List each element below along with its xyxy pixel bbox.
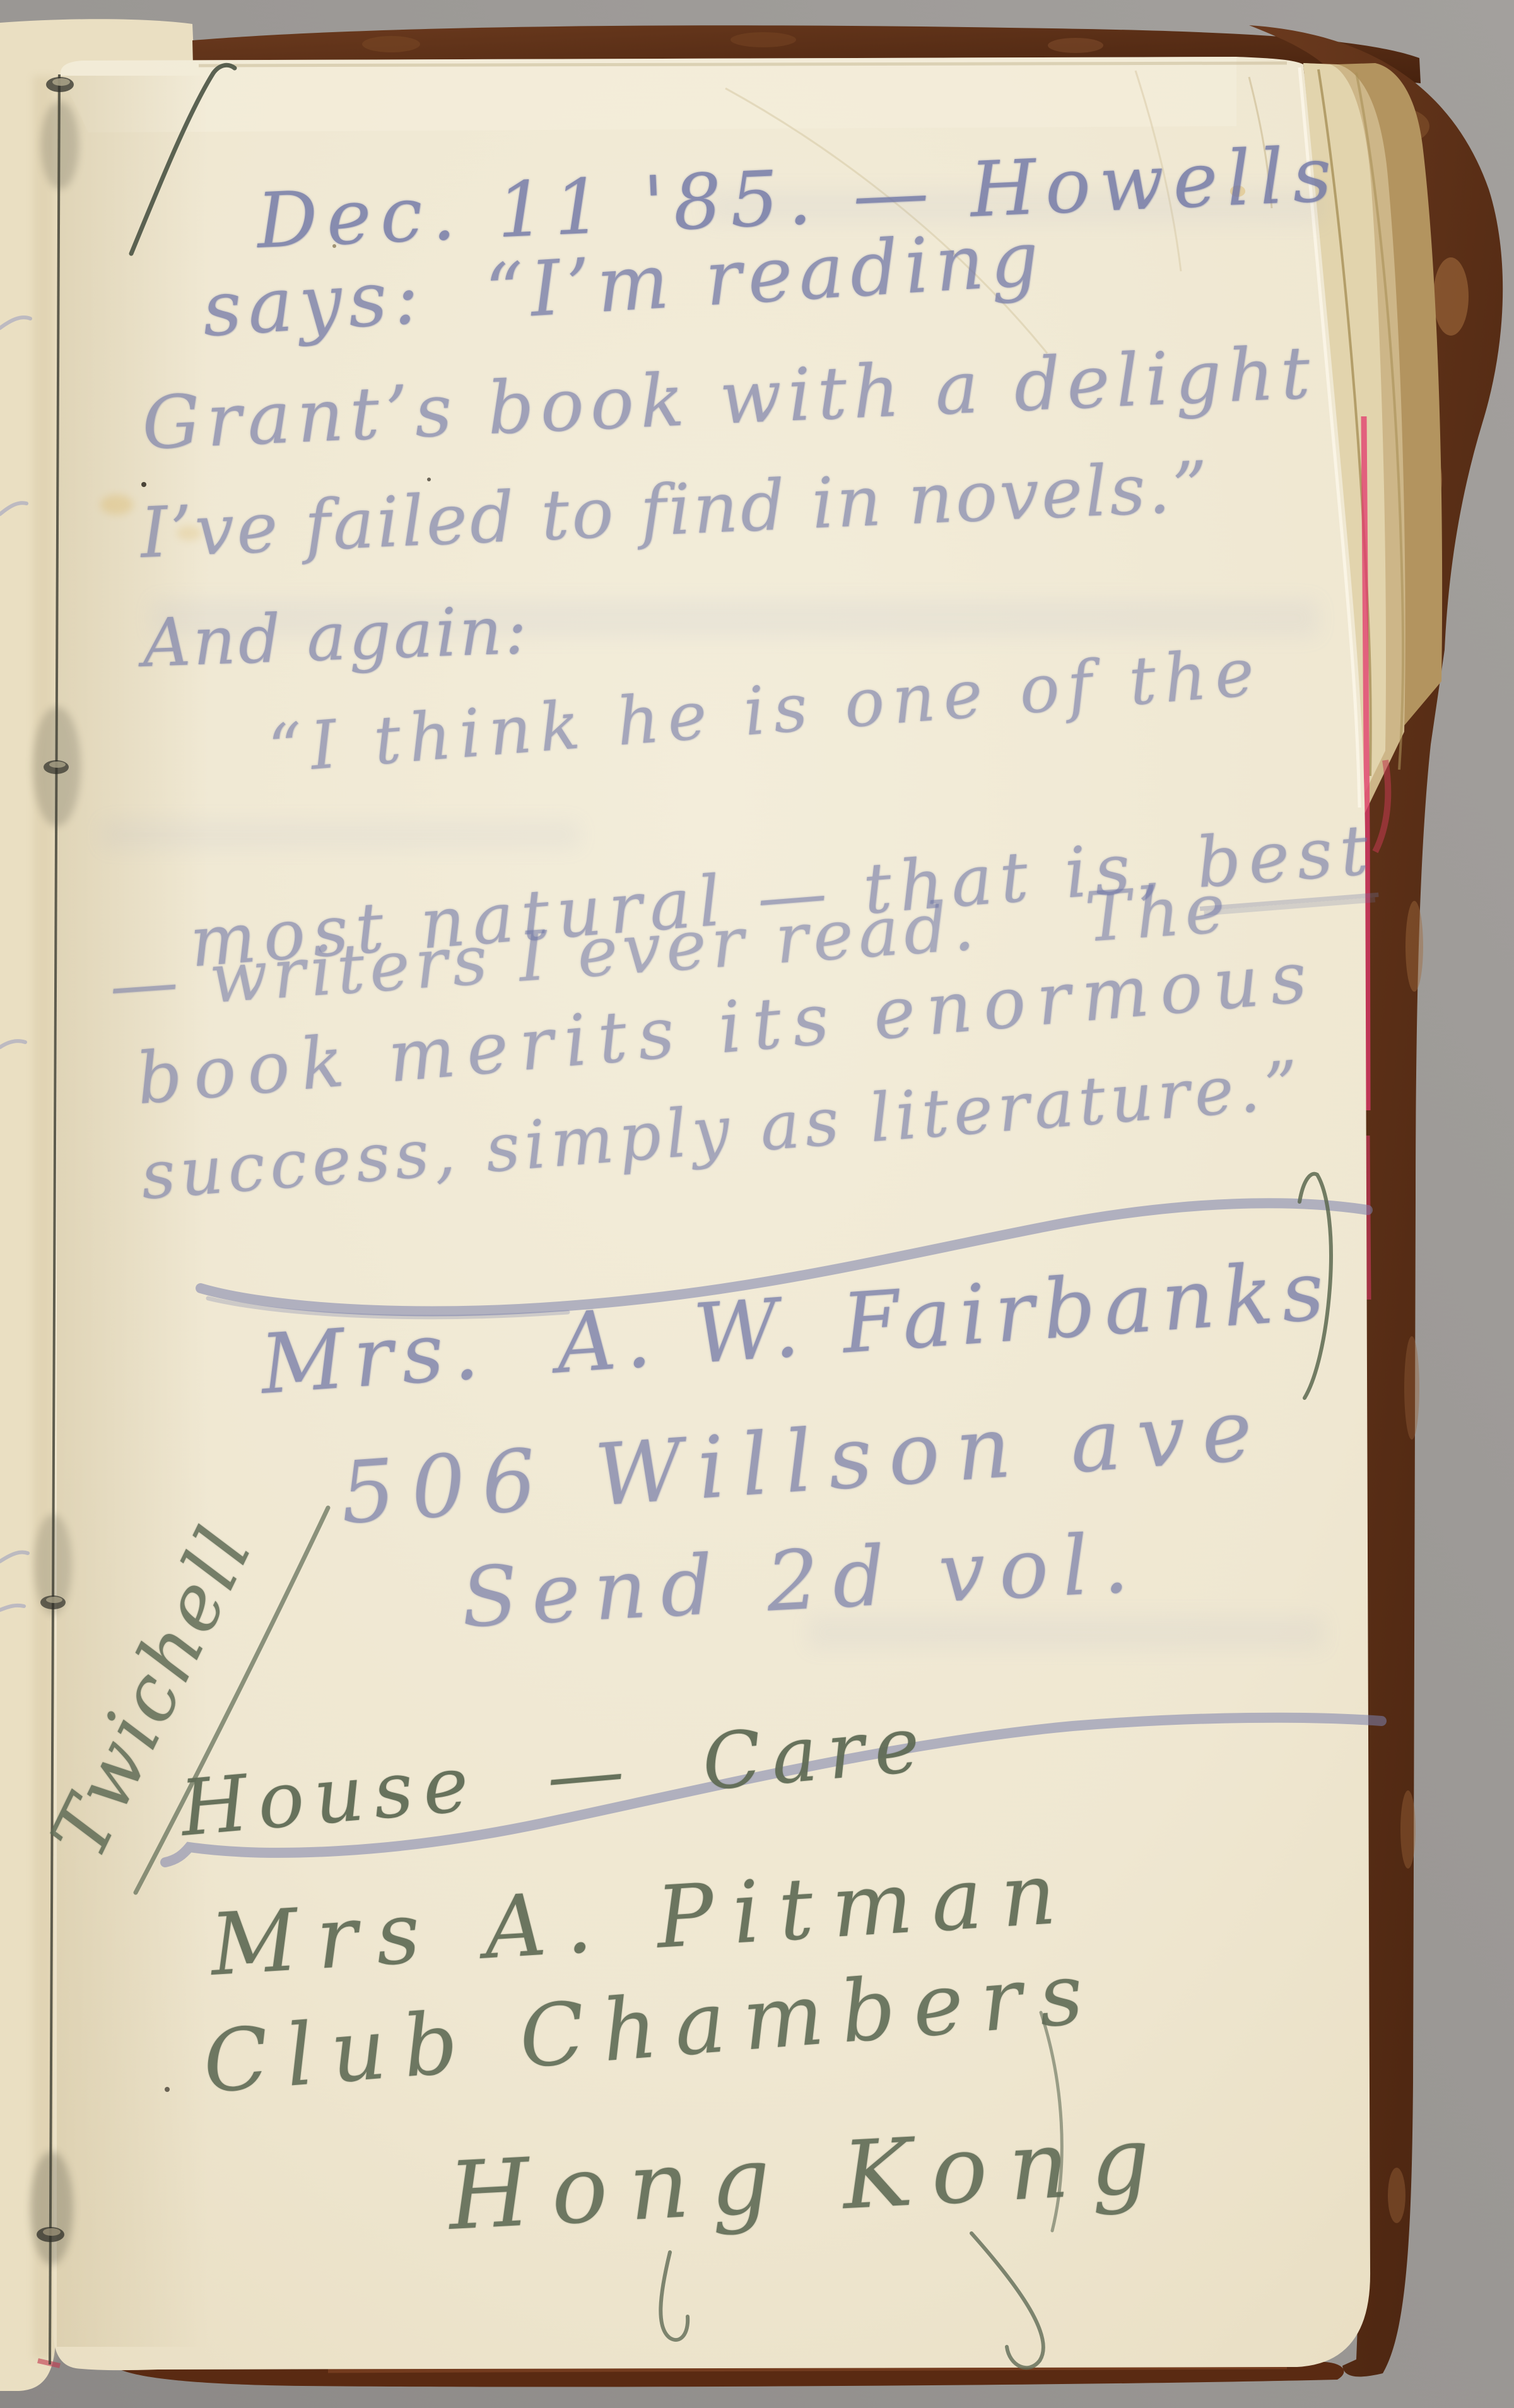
handwritten-line-and-again: And again: — [141, 597, 530, 677]
notebook-photo: Dec. 11 '85. — Howells says: “I’m readin… — [0, 0, 1514, 2408]
